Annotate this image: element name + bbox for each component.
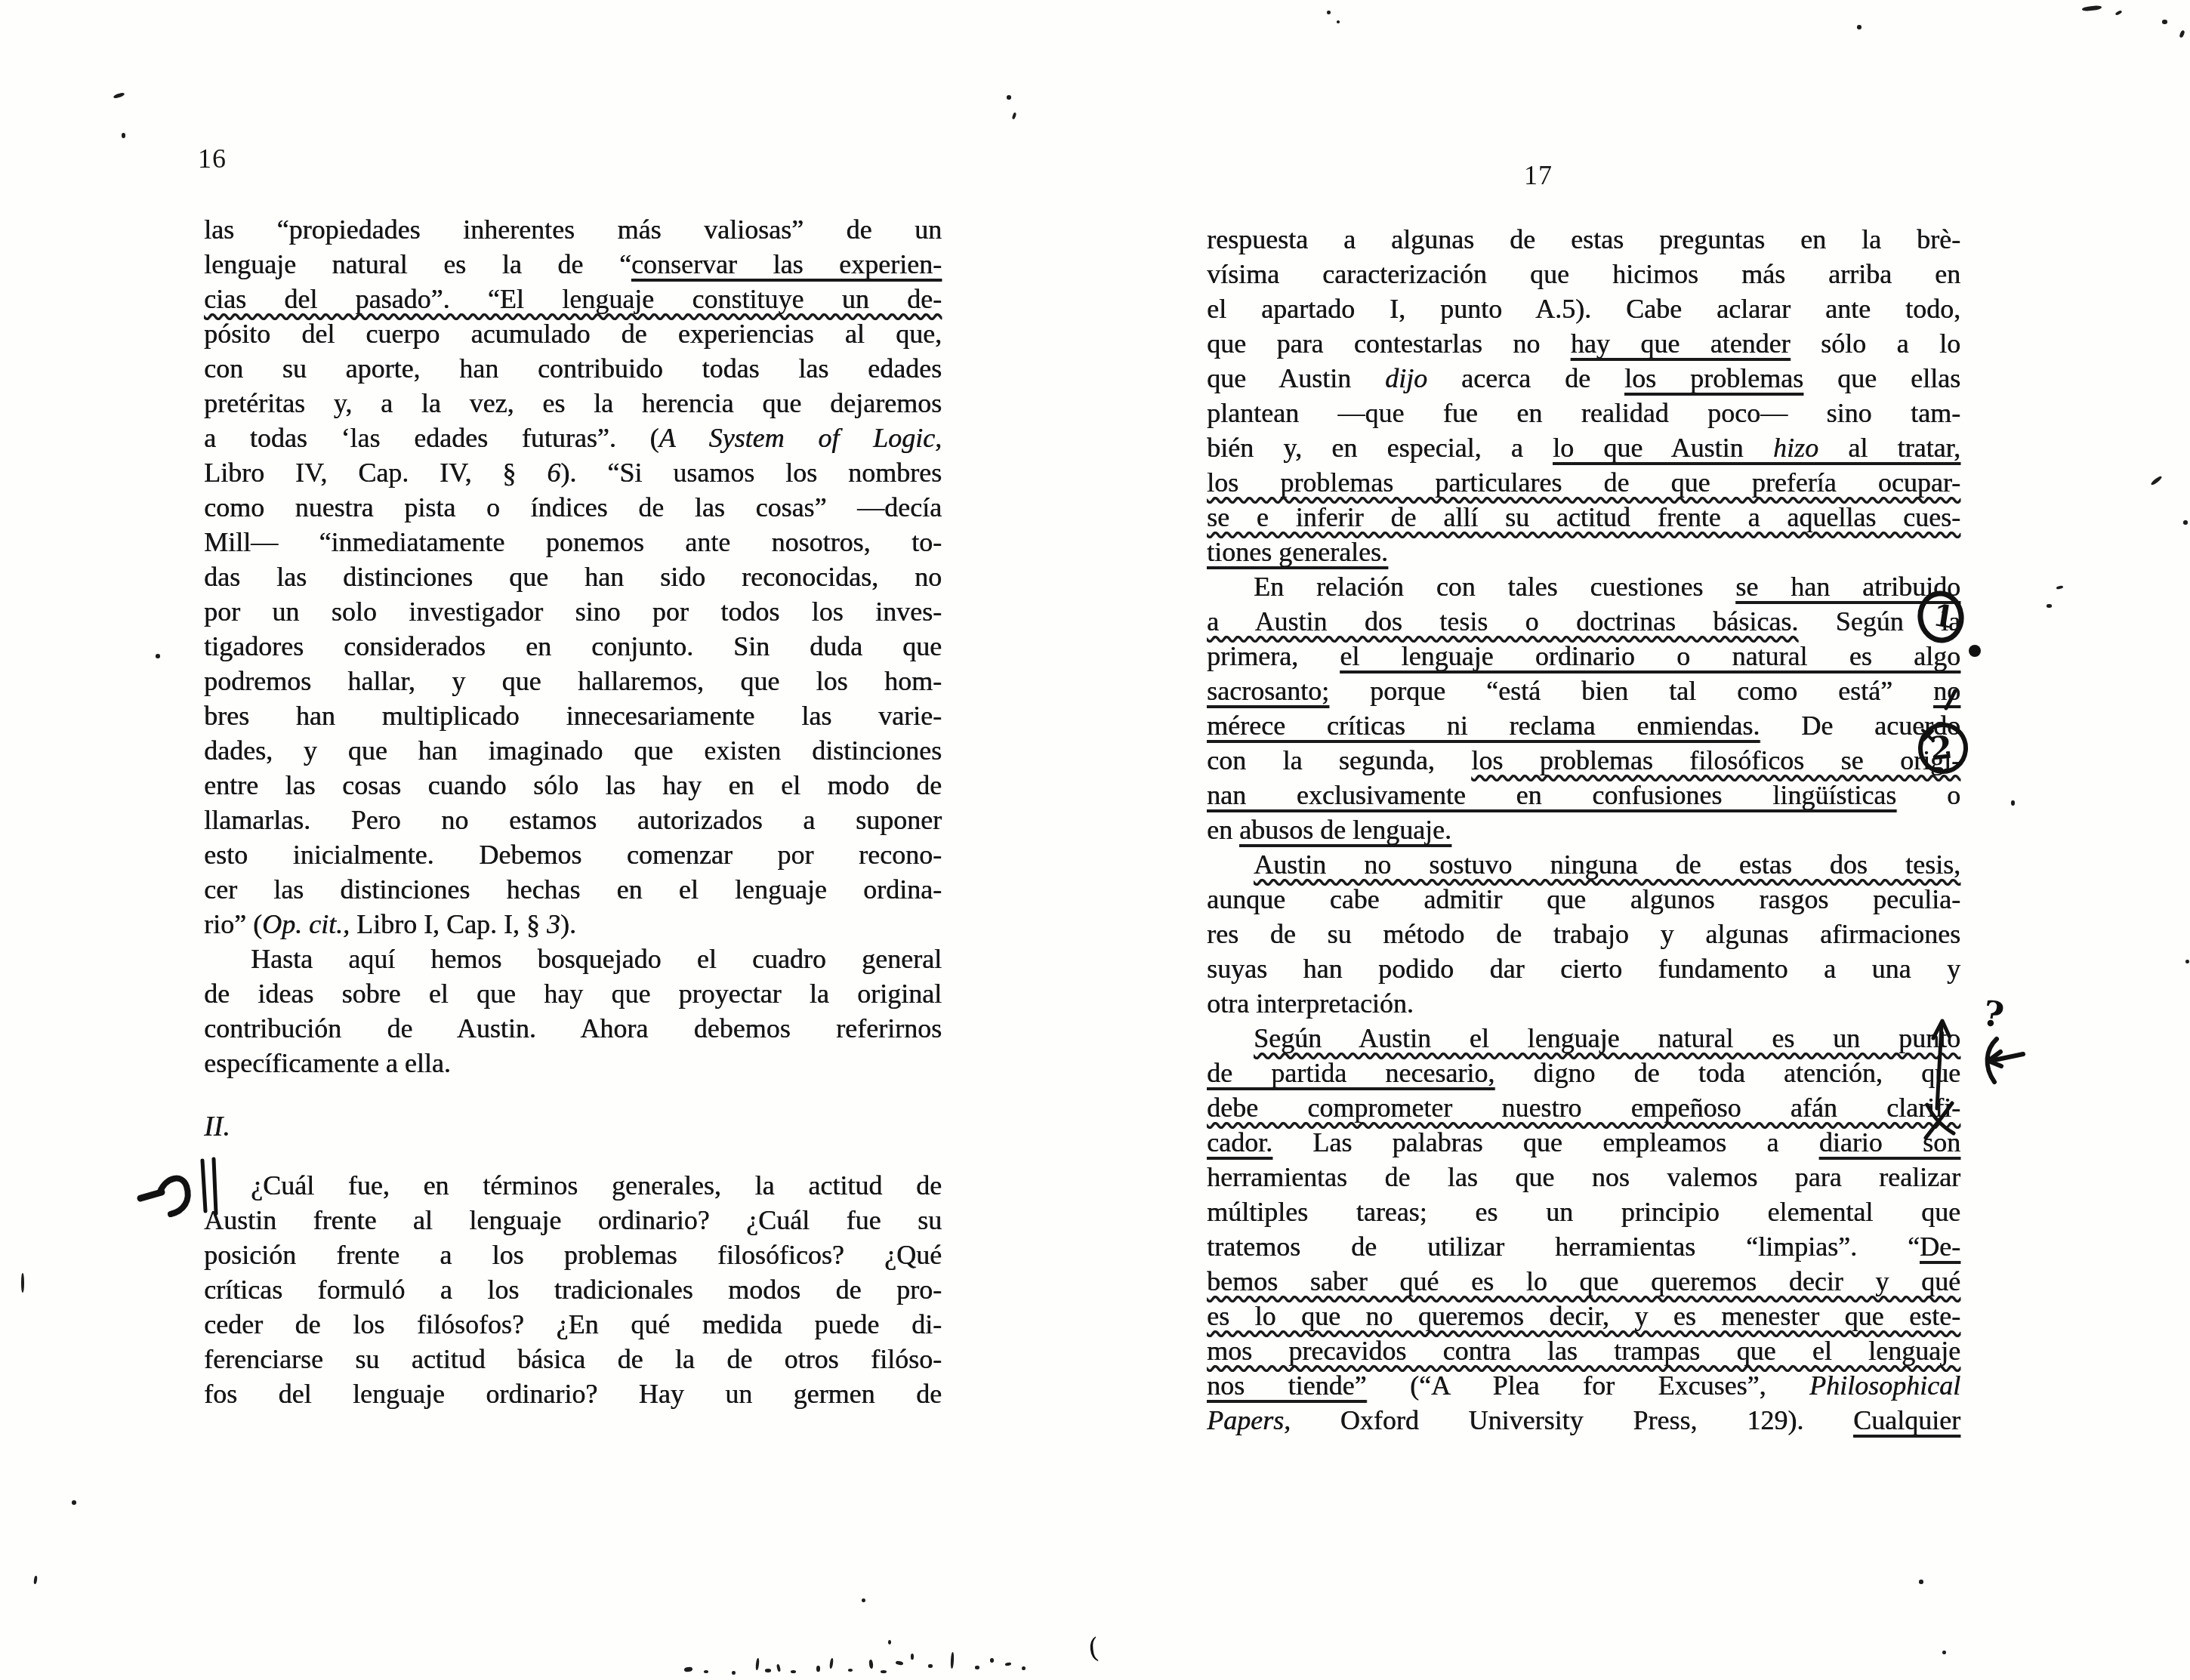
text-segment: los problemas <box>1624 363 1803 393</box>
text-segment: llamarlas. Pero no estamos autorizados a… <box>204 805 942 835</box>
text-line: nos tiende” (“A Plea for Excuses”, Philo… <box>1207 1368 1960 1403</box>
left-arrow-icon <box>1988 1039 2023 1082</box>
text-segment: otra interpretación. <box>1207 988 1414 1019</box>
text-line: primera, el lenguaje ordinario o natural… <box>1207 639 1960 674</box>
text-segment: Hasta aquí hemos bosquejado el cuadro ge… <box>251 944 942 974</box>
text-segment: que ellas <box>1803 363 1960 393</box>
text-line: a todas ‘las edades futuras”. (A System … <box>204 421 942 455</box>
text-segment: bién y, en especial, a <box>1207 433 1553 463</box>
stray-paren-mark: ( <box>1087 1632 1100 1664</box>
text-line: vísima caracterización que hicimos más a… <box>1207 257 1960 291</box>
text-segment: nos tiende” <box>1207 1370 1366 1401</box>
text-line: bres han multiplicado innecesariamente l… <box>204 698 942 733</box>
text-line: tigadores considerados en conjunto. Sin … <box>204 629 942 664</box>
text-segment: Austin no sostuvo ninguna de estas dos t… <box>1254 849 1960 880</box>
text-segment: ¿Cuál fue, en términos generales, la act… <box>251 1170 942 1201</box>
text-line: nan exclusivamente en confusiones lingüí… <box>1207 778 1960 812</box>
text-line: Austin no sostuvo ninguna de estas dos t… <box>1207 847 1960 882</box>
text-line: Hasta aquí hemos bosquejado el cuadro ge… <box>204 942 942 976</box>
text-segment: específicamente a ella. <box>204 1048 451 1078</box>
text-segment: lo que Austin <box>1553 433 1773 463</box>
text-segment: fos del lenguaje ordinario? Hay un germe… <box>204 1379 942 1409</box>
text-segment: diario son <box>1819 1127 1960 1158</box>
text-segment: nan exclusivamente en confusiones lingüí… <box>1207 780 1896 810</box>
text-line: dades, y que han imaginado que existen d… <box>204 733 942 768</box>
text-line: que para contestarlas no hay que atender… <box>1207 326 1960 361</box>
text-line: En relación con tales cuestiones se han … <box>1207 569 1960 604</box>
text-line: a Austin dos tesis o doctrinas básicas. … <box>1207 604 1960 639</box>
text-segment: es lo que no queremos decir, y es menest… <box>1207 1301 1960 1331</box>
text-line: contribución de Austin. Ahora debemos re… <box>204 1011 942 1046</box>
text-line: mos precavidos contra las trampas que el… <box>1207 1333 1960 1368</box>
text-line: entre las cosas cuando sólo las hay en e… <box>204 768 942 803</box>
text-segment: suyas han podido dar cierto fundamento a… <box>1207 954 1960 984</box>
text-segment: el lenguaje ordinario o natural es algo <box>1340 641 1960 671</box>
text-segment: cador. <box>1207 1127 1272 1158</box>
question-mark-annotation: ? <box>1980 992 2007 1036</box>
text-segment: aunque cabe admitir que algunos rasgos p… <box>1207 884 1960 914</box>
text-segment: ). <box>560 909 576 939</box>
text-segment: herramientas de las que nos valemos para… <box>1207 1162 1960 1192</box>
text-line: ferenciarse su actitud básica de la de o… <box>204 1342 942 1376</box>
paragraph: Según Austin el lenguaje natural es un p… <box>1207 1021 1960 1438</box>
text-line: II. <box>204 1109 942 1144</box>
text-segment: respuesta a algunas de estas preguntas e… <box>1207 224 1960 254</box>
text-line: Austin frente al lenguaje ordinario? ¿Cu… <box>204 1203 942 1238</box>
text-segment: pósito del cuerpo acumulado de experienc… <box>204 319 942 349</box>
text-segment: los problemas particulares de que prefer… <box>1207 467 1960 498</box>
text-segment: debe comprometer nuestro empeñoso afán c… <box>1207 1093 1960 1123</box>
text-segment: los problemas filosóficos se origi- <box>1471 745 1960 775</box>
text-line: con su aporte, han contribuido todas las… <box>204 351 942 386</box>
text-segment: dijo <box>1385 363 1427 393</box>
text-line: los problemas particulares de que prefer… <box>1207 465 1960 500</box>
text-segment: ferenciarse su actitud básica de la de o… <box>204 1344 942 1374</box>
text-segment: en <box>1207 815 1239 845</box>
text-segment: plantean —que fue en realidad poco— sino… <box>1207 398 1960 428</box>
text-segment: mos precavidos contra las trampas que el… <box>1207 1336 1960 1366</box>
text-column: respuesta a algunas de estas preguntas e… <box>1207 222 1960 1438</box>
text-segment: o <box>1896 780 1960 810</box>
text-segment: cias del pasado”. “El lenguaje constituy… <box>204 284 942 314</box>
text-line: el apartado I, punto A.5). Cabe aclarar … <box>1207 291 1960 326</box>
text-segment: contribución de Austin. Ahora debemos re… <box>204 1013 942 1043</box>
text-segment: tigadores considerados en conjunto. Sin … <box>204 631 942 661</box>
text-segment: tiones generales. <box>1207 537 1388 567</box>
text-line: plantean —que fue en realidad poco— sino… <box>1207 396 1960 430</box>
text-line: cias del pasado”. “El lenguaje constituy… <box>204 282 942 316</box>
text-line: ceder de los filósofos? ¿En qué medida p… <box>204 1307 942 1342</box>
text-segment: 3 <box>547 909 560 939</box>
text-segment: con su aporte, han contribuido todas las… <box>204 353 942 384</box>
text-segment: De- <box>1920 1231 1960 1262</box>
text-segment: (“A Plea for Excuses”, <box>1366 1370 1809 1401</box>
text-segment: de partida necesario, <box>1207 1058 1494 1088</box>
text-line: se e inferir de allí su actitud frente a… <box>1207 500 1960 535</box>
text-line: llamarlas. Pero no estamos autorizados a… <box>204 803 942 837</box>
text-segment: podremos hallar, y que hallaremos, que l… <box>204 666 942 696</box>
margin-dot-mark <box>1969 645 1981 657</box>
text-line: debe comprometer nuestro empeñoso afán c… <box>1207 1090 1960 1125</box>
text-line: ¿Cuál fue, en términos generales, la act… <box>204 1168 942 1203</box>
text-segment: sólo a lo <box>1791 328 1960 359</box>
text-segment: críticas formuló a los tradicionales mod… <box>204 1275 942 1305</box>
text-segment: das las distinciones que han sido recono… <box>204 562 942 592</box>
text-segment: porque “está bien tal como está” <box>1329 676 1933 706</box>
text-segment: 6 <box>547 458 560 488</box>
paragraph: Austin no sostuvo ninguna de estas dos t… <box>1207 847 1960 1021</box>
text-line: respuesta a algunas de estas preguntas e… <box>1207 222 1960 257</box>
text-line: pretéritas y, a la vez, es la herencia q… <box>204 386 942 421</box>
text-line: fos del lenguaje ordinario? Hay un germe… <box>204 1376 942 1411</box>
text-line: Libro IV, Cap. IV, § 6). “Si usamos los … <box>204 455 942 490</box>
text-line: que Austin dijo acerca de los problemas … <box>1207 361 1960 396</box>
text-line: das las distinciones que han sido recono… <box>204 559 942 594</box>
text-segment: digno de toda atención, que <box>1494 1058 1960 1088</box>
text-segment: al tratar, <box>1818 433 1960 463</box>
section-heading: II. <box>204 1109 942 1144</box>
text-segment: primera, <box>1207 641 1340 671</box>
text-line: pósito del cuerpo acumulado de experienc… <box>204 316 942 351</box>
paragraph: En relación con tales cuestiones se han … <box>1207 569 1960 847</box>
text-segment: dades, y que han imaginado que existen d… <box>204 735 942 766</box>
text-line: de ideas sobre el que hay que proyectar … <box>204 976 942 1011</box>
text-line: posición frente a los problemas filosófi… <box>204 1238 942 1272</box>
text-segment: vísima caracterización que hicimos más a… <box>1207 259 1960 289</box>
text-segment: a Austin dos tesis o doctrinas básicas. <box>1207 606 1798 637</box>
text-segment: Cualquier <box>1853 1405 1960 1435</box>
text-line: rio” (Op. cit., Libro I, Cap. I, § 3). <box>204 907 942 942</box>
text-segment: II. <box>204 1111 230 1142</box>
hook-arrow-icon <box>140 1179 188 1214</box>
text-segment: que para contestarlas no <box>1207 328 1571 359</box>
text-segment: el apartado I, punto A.5). Cabe aclarar … <box>1207 294 1960 324</box>
text-line: las “propiedades inherentes más valiosas… <box>204 212 942 247</box>
text-line: cer las distinciones hechas en el lengua… <box>204 872 942 907</box>
text-line: lenguaje natural es la de “conservar las… <box>204 247 942 282</box>
text-line: críticas formuló a los tradicionales mod… <box>204 1272 942 1307</box>
text-segment: mérece críticas ni reclama enmiendas. <box>1207 711 1760 741</box>
text-line: de partida necesario, digno de toda aten… <box>1207 1056 1960 1090</box>
text-segment: Oxford University Press, 129). <box>1291 1405 1853 1435</box>
text-segment: bres han multiplicado innecesariamente l… <box>204 701 942 731</box>
text-segment: hay que atender <box>1571 328 1791 359</box>
text-segment: ). “Si usamos los nombres <box>560 458 942 488</box>
text-line: suyas han podido dar cierto fundamento a… <box>1207 951 1960 986</box>
text-segment: lenguaje natural es la de “ <box>204 249 631 279</box>
text-line: esto inicialmente. Debemos comenzar por … <box>204 837 942 872</box>
text-line: otra interpretación. <box>1207 986 1960 1021</box>
text-segment: de ideas sobre el que hay que proyectar … <box>204 979 942 1009</box>
text-segment: conservar las experien- <box>631 249 942 279</box>
paragraph: Hasta aquí hemos bosquejado el cuadro ge… <box>204 942 942 1080</box>
text-line: mérece críticas ni reclama enmiendas. De… <box>1207 708 1960 743</box>
paragraph: respuesta a algunas de estas preguntas e… <box>1207 222 1960 569</box>
text-line: específicamente a ella. <box>204 1046 942 1080</box>
text-segment: Mill— “inmediatamente ponemos ante nosot… <box>204 527 942 557</box>
text-line: es lo que no queremos decir, y es menest… <box>1207 1299 1960 1333</box>
text-line: aunque cabe admitir que algunos rasgos p… <box>1207 882 1960 917</box>
text-line: múltiples tareas; es un principio elemen… <box>1207 1194 1960 1229</box>
text-segment: En relación con tales cuestiones <box>1254 572 1735 602</box>
text-line: res de su método de trabajo y algunas af… <box>1207 917 1960 951</box>
text-segment: a todas ‘las edades futuras”. ( <box>204 423 659 453</box>
text-line: sacrosanto; porque “está bien tal como e… <box>1207 674 1960 708</box>
text-column: las “propiedades inherentes más valiosas… <box>204 212 942 1411</box>
text-segment: Según Austin el lenguaje natural es un p… <box>1254 1023 1960 1053</box>
text-line: Según Austin el lenguaje natural es un p… <box>1207 1021 1960 1056</box>
text-segment: con la segunda, <box>1207 745 1471 775</box>
text-segment: hizo <box>1773 433 1818 463</box>
circled-number-2-label: 2 <box>1929 729 1954 768</box>
scanned-book-spread: { "document": {"kind": "scanned book spr… <box>0 0 2190 1680</box>
page-number: 16 <box>198 143 227 174</box>
text-segment: A System of Logic, <box>659 423 942 453</box>
text-segment: pretéritas y, a la vez, es la herencia q… <box>204 388 942 418</box>
text-segment: se e inferir de allí su actitud frente a… <box>1207 502 1960 532</box>
text-segment: cer las distinciones hechas en el lengua… <box>204 874 942 905</box>
text-line: como nuestra pista o índices de las cosa… <box>204 490 942 525</box>
text-line: con la segunda, los problemas filosófico… <box>1207 743 1960 778</box>
text-line: podremos hallar, y que hallaremos, que l… <box>204 664 942 698</box>
text-line: Papers, Oxford University Press, 129). C… <box>1207 1403 1960 1438</box>
text-segment: las “propiedades inherentes más valiosas… <box>204 214 942 245</box>
text-segment: ceder de los filósofos? ¿En qué medida p… <box>204 1309 942 1339</box>
text-segment: múltiples tareas; es un principio elemen… <box>1207 1197 1960 1227</box>
text-line: tiones generales. <box>1207 535 1960 569</box>
text-line: tratemos de utilizar herramientas “limpi… <box>1207 1229 1960 1264</box>
text-line: en abusos de lenguaje. <box>1207 812 1960 847</box>
text-segment: por un solo investigador sino por todos … <box>204 596 942 627</box>
text-segment: Libro I, Cap. I, § <box>350 909 547 939</box>
text-line: cador. Las palabras que empleamos a diar… <box>1207 1125 1960 1160</box>
paragraph: las “propiedades inherentes más valiosas… <box>204 212 942 942</box>
text-segment: sacrosanto; <box>1207 676 1329 706</box>
text-segment: que Austin <box>1207 363 1385 393</box>
text-segment: Papers, <box>1207 1405 1291 1435</box>
text-segment: acerca de <box>1427 363 1624 393</box>
text-segment: Libro IV, Cap. IV, § <box>204 458 547 488</box>
text-segment: res de su método de trabajo y algunas af… <box>1207 919 1960 949</box>
text-segment: posición frente a los problemas filosófi… <box>204 1240 942 1270</box>
text-segment: Philosophical <box>1809 1370 1960 1401</box>
text-segment: no <box>1933 676 1960 706</box>
text-segment: como nuestra pista o índices de las cosa… <box>204 492 942 522</box>
text-segment: rio” ( <box>204 909 262 939</box>
text-segment: abusos de lenguaje. <box>1239 815 1451 845</box>
text-line: por un solo investigador sino por todos … <box>204 594 942 629</box>
text-segment: bemos saber qué es lo que queremos decir… <box>1207 1266 1960 1296</box>
text-line: Mill— “inmediatamente ponemos ante nosot… <box>204 525 942 559</box>
text-line: herramientas de las que nos valemos para… <box>1207 1160 1960 1194</box>
text-segment: Las palabras que empleamos a <box>1272 1127 1819 1158</box>
text-line: bién y, en especial, a lo que Austin hiz… <box>1207 430 1960 465</box>
text-segment: Austin frente al lenguaje ordinario? ¿Cu… <box>204 1205 942 1235</box>
text-line: bemos saber qué es lo que queremos decir… <box>1207 1264 1960 1299</box>
text-segment: entre las cosas cuando sólo las hay en e… <box>204 770 942 800</box>
text-segment: se han atribuido <box>1735 572 1960 602</box>
page-number: 17 <box>1524 160 1553 190</box>
paragraph: ¿Cuál fue, en términos generales, la act… <box>204 1168 942 1411</box>
text-segment: Op. cit., <box>262 909 350 939</box>
text-segment: esto inicialmente. Debemos comenzar por … <box>204 840 942 870</box>
text-segment: tratemos de utilizar herramientas “limpi… <box>1207 1231 1920 1262</box>
